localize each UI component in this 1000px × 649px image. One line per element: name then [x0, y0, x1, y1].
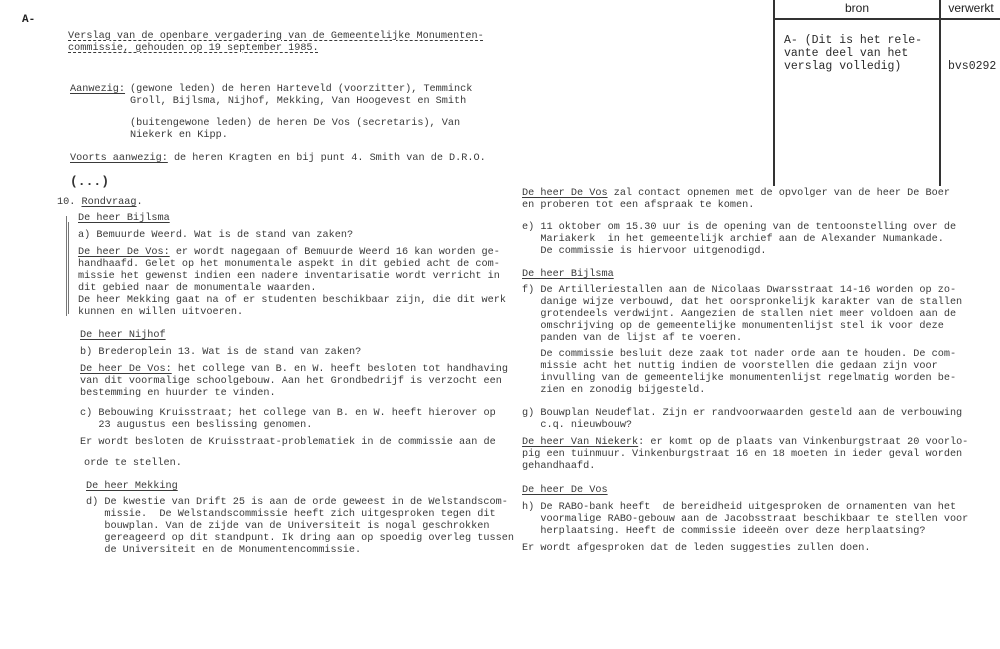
title-line: Verslag van de openbare vergadering van …	[68, 31, 484, 43]
speaker-heading: De heer Bijlsma	[522, 269, 962, 281]
item-line: c.q. nieuwbouw?	[522, 420, 962, 432]
speaker-heading: De heer De Vos	[522, 485, 968, 497]
processed-code: bvs0292	[948, 60, 996, 73]
answer-line: handhaafd. Gelet op het monumentale aspe…	[78, 259, 506, 271]
item-line: herplaatsing. Heeft de commissie ideeën …	[522, 526, 968, 538]
right-column: De heer De Vos zal contact opnemen met d…	[522, 188, 950, 212]
attendance-label: Aanwezig:	[70, 84, 125, 95]
reply-speaker: De heer De Vos	[522, 188, 608, 199]
reply-g: De heer Van Niekerk: er komt op de plaat…	[522, 437, 968, 473]
omission-marker: (...)	[70, 176, 109, 188]
item-line: f) De Artilleriestallen aan de Nicolaas …	[522, 285, 962, 297]
answer-b-first-line: De heer De Vos: het college van B. en W.…	[80, 364, 508, 376]
item-title-suffix: .	[137, 197, 143, 208]
reply-d-first-line: De heer De Vos zal contact opnemen met d…	[522, 188, 950, 200]
answer-speaker: De heer De Vos:	[80, 364, 172, 375]
left-column: De heer Bijlsma a) Bemuurde Weerd. Wat i…	[78, 213, 506, 319]
left-column-d: De heer Mekking d) De kwestie van Drift …	[86, 481, 514, 557]
question-line: d) De kwestie van Drift 25 is aan de ord…	[86, 497, 514, 509]
answer-speaker: De heer De Vos:	[78, 247, 170, 258]
answer-line: kunnen en willen uitvoeren.	[78, 307, 506, 319]
reply-line: gehandhaafd.	[522, 461, 968, 473]
speaker-heading: De heer Bijlsma	[78, 213, 506, 225]
speaker-heading: De heer Mekking	[86, 481, 514, 493]
question-line: c) Bebouwing Kruisstraat; het college va…	[80, 408, 496, 420]
item-line: danige wijze verbouwd, dat het oorspronk…	[522, 297, 962, 309]
source-description: A- (Dit is het rele- vante deel van het …	[784, 34, 922, 73]
answer-a-first-line: De heer De Vos: er wordt nagegaan of Bem…	[78, 247, 506, 259]
right-column-f: De heer Bijlsma f) De Artilleriestallen …	[522, 269, 962, 345]
reply-line: en proberen tot een afspraak te komen.	[522, 200, 950, 212]
decision-c-continued: orde te stellen.	[84, 458, 182, 470]
item-line: panden van de lijst af te voeren.	[522, 333, 962, 345]
decision-line: missie acht het nuttig indien de voorste…	[522, 361, 956, 373]
document-title: Verslag van de openbare vergadering van …	[68, 31, 484, 55]
reply-text: : er komt op de plaats van Vinkenburgstr…	[638, 437, 968, 448]
agenda-item-heading: 10. Rondvraag.	[57, 197, 143, 209]
question-a: a) Bemuurde Weerd. Wat is de stand van z…	[78, 230, 506, 242]
item-line: grotendeels verdwijnt. Aangezien de stal…	[522, 309, 962, 321]
question-line: 23 augustus een beslissing genomen.	[80, 420, 496, 432]
attendance-line: Groll, Bijlsma, Nijhof, Mekking, Van Hoo…	[130, 96, 472, 108]
decision-line: invulling van de gemeentelijke monumente…	[522, 373, 956, 385]
answer-line: van dit voormalige schoolgebouw. Aan het…	[80, 376, 508, 388]
answer-line: bestemming en huurder te vinden.	[80, 388, 508, 400]
item-line: e) 11 oktober om 15.30 uur is de opening…	[522, 222, 956, 234]
question-line: de Universiteit en de Monumentencommissi…	[86, 545, 514, 557]
item-line: h) De RABO-bank heeft de bereidheid uitg…	[522, 502, 968, 514]
attendance-line: Niekerk en Kipp.	[130, 130, 460, 142]
item-title: Rondvraag	[81, 197, 136, 208]
reply-speaker: De heer Van Niekerk	[522, 437, 638, 448]
attendance-line: (buitengewone leden) de heren De Vos (se…	[130, 118, 460, 130]
title-line: commissie, gehouden op 19 september 1985…	[68, 43, 484, 55]
attendance-section: Aanwezig:	[70, 84, 125, 96]
answer-text: er wordt nagegaan of Bemuurde Weerd 16 k…	[170, 247, 500, 258]
reply-g-first-line: De heer Van Niekerk: er komt op de plaat…	[522, 437, 968, 449]
item-g: g) Bouwplan Neudeflat. Zijn er randvoorw…	[522, 408, 962, 432]
answer-text: het college van B. en W. heeft besloten …	[172, 364, 508, 375]
question-line: missie. De Welstandscommissie heeft zich…	[86, 509, 514, 521]
item-line: Mariakerk in het gemeentelijk archief aa…	[522, 234, 956, 246]
answer-line: De heer Mekking gaat na of er studenten …	[78, 295, 506, 307]
source-line: vante deel van het	[784, 47, 922, 60]
question-line: bouwplan. Van de zijde van de Universite…	[86, 521, 514, 533]
decision-line: De commissie besluit deze zaak tot nader…	[522, 349, 956, 361]
source-line: verslag volledig)	[784, 60, 922, 73]
speaker-heading: De heer Nijhof	[80, 330, 508, 342]
margin-mark	[68, 222, 69, 314]
table-header-divider	[773, 18, 1000, 20]
decision-h: Er wordt afgesproken dat de leden sugges…	[522, 543, 968, 555]
question-line: gereageerd op dit standpunt. Ik dring aa…	[86, 533, 514, 545]
table-column-divider	[939, 0, 941, 186]
item-line: De commissie is hiervoor uitgenodigd.	[522, 246, 956, 258]
source-line: A- (Dit is het rele-	[784, 34, 922, 47]
item-number: 10.	[57, 197, 75, 208]
also-present-label: Voorts aanwezig:	[70, 153, 168, 164]
reply-text: zal contact opnemen met de opvolger van …	[608, 188, 950, 199]
attendance-line: (gewone leden) de heren Harteveld (voorz…	[130, 84, 472, 96]
left-column-b: De heer Nijhof b) Brederoplein 13. Wat i…	[80, 330, 508, 400]
regular-members: (gewone leden) de heren Harteveld (voorz…	[130, 84, 472, 108]
question-b: b) Brederoplein 13. Wat is de stand van …	[80, 347, 508, 359]
column-header-verwerkt: verwerkt	[942, 2, 1000, 14]
right-column-h: De heer De Vos h) De RABO-bank heeft de …	[522, 485, 968, 555]
extraordinary-members: (buitengewone leden) de heren De Vos (se…	[130, 118, 460, 142]
answer-line: dit gebied naar de monumentale waarden.	[78, 283, 506, 295]
item-line: g) Bouwplan Neudeflat. Zijn er randvoorw…	[522, 408, 962, 420]
answer-line: missie het gewenst indien een nadere inv…	[78, 271, 506, 283]
also-present-text: de heren Kragten en bij punt 4. Smith va…	[168, 153, 486, 164]
table-left-border	[773, 0, 775, 186]
decision-c: Er wordt besloten de Kruisstraat-problem…	[80, 437, 496, 449]
item-line: voormalige RABO-gebouw aan de Jacobsstra…	[522, 514, 968, 526]
margin-mark	[66, 216, 67, 316]
reply-line: pig een tuinmuur. Vinkenburgstraat 16 en…	[522, 449, 968, 461]
decision-f: De commissie besluit deze zaak tot nader…	[522, 349, 956, 397]
column-header-bron: bron	[775, 2, 939, 14]
item-e: e) 11 oktober om 15.30 uur is de opening…	[522, 222, 956, 258]
also-present: Voorts aanwezig: de heren Kragten en bij…	[70, 153, 486, 165]
page-marker: A-	[22, 14, 35, 26]
question-c: c) Bebouwing Kruisstraat; het college va…	[80, 408, 496, 432]
item-line: omschrijving op de gemeentelijke monumen…	[522, 321, 962, 333]
decision-line: zien en zonodig bijgesteld.	[522, 385, 956, 397]
